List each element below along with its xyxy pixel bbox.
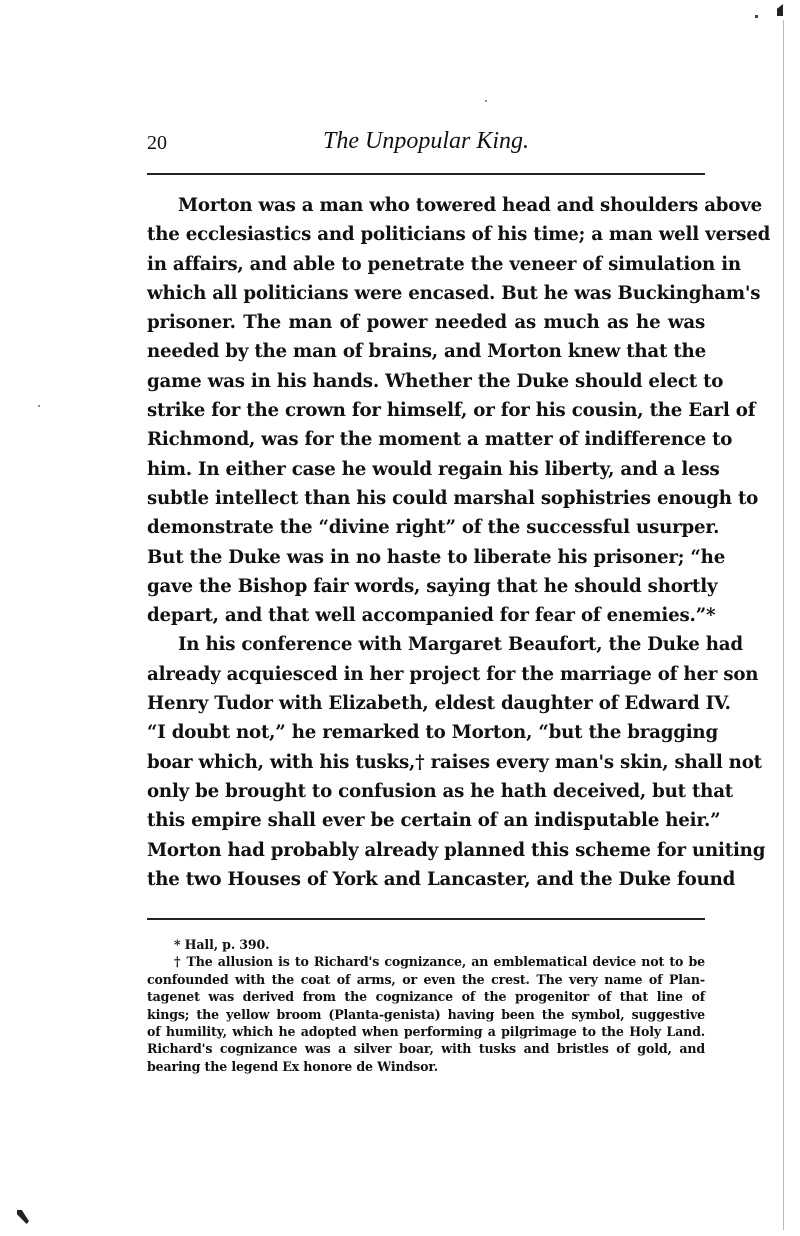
text-line: strike for the crown for himself, or for…: [147, 396, 705, 425]
footnote-line: tagenet was derived from the cognizance …: [147, 988, 705, 1005]
footnote-line: confounded with the coat of arms, or eve…: [147, 971, 705, 988]
footnote-line: Richard's cognizance was a silver boar, …: [147, 1040, 705, 1057]
footnote-line: of humility, which he adopted when perfo…: [147, 1023, 705, 1040]
page-edge-line: [783, 20, 784, 1230]
text-line: But the Duke was in no haste to liberate…: [147, 543, 705, 572]
footnote-line: † The allusion is to Richard's cognizanc…: [147, 953, 705, 970]
text-line: Morton was a man who towered head and sh…: [147, 191, 705, 220]
text-line: him. In either case he would regain his …: [147, 455, 705, 484]
scan-speck: [38, 405, 40, 407]
text-line: this empire shall ever be certain of an …: [147, 806, 705, 835]
footnote-line: bearing the legend Ex honore de Windsor.: [147, 1058, 705, 1075]
text-line: Richmond, was for the moment a matter of…: [147, 425, 705, 454]
page-header: 20 The Unpopular King.: [147, 128, 705, 164]
text-line: In his conference with Margaret Beaufort…: [147, 630, 705, 659]
scan-speck: [485, 100, 487, 102]
scan-artifact-dot: [755, 15, 758, 18]
scan-artifact-mark: [17, 1210, 29, 1224]
text-line: needed by the man of brains, and Morton …: [147, 337, 705, 366]
text-line: which all politicians were encased. But …: [147, 279, 705, 308]
text-line: only be brought to confusion as he hath …: [147, 777, 705, 806]
text-line: in affairs, and able to penetrate the ve…: [147, 250, 705, 279]
text-line: the ecclesiastics and politicians of his…: [147, 220, 705, 249]
text-line: depart, and that well accompanied for fe…: [147, 601, 705, 630]
running-title: The Unpopular King.: [147, 128, 705, 155]
footnote-line: * Hall, p. 390.: [147, 936, 705, 953]
text-line: already acquiesced in her project for th…: [147, 660, 705, 689]
text-line: “I doubt not,” he remarked to Morton, “b…: [147, 718, 705, 747]
text-line: prisoner. The man of power needed as muc…: [147, 308, 705, 337]
text-line: gave the Bishop fair words, saying that …: [147, 572, 705, 601]
text-line: Henry Tudor with Elizabeth, eldest daugh…: [147, 689, 705, 718]
footnote-line: kings; the yellow broom (Planta-genista)…: [147, 1006, 705, 1023]
text-line: boar which, with his tusks,† raises ever…: [147, 748, 705, 777]
scan-artifact-mark: [777, 4, 783, 16]
footnote-rule: [147, 918, 705, 920]
text-line: game was in his hands. Whether the Duke …: [147, 367, 705, 396]
text-line: demonstrate the “divine right” of the su…: [147, 513, 705, 542]
text-line: subtle intellect than his could marshal …: [147, 484, 705, 513]
text-line: Morton had probably already planned this…: [147, 836, 705, 865]
footnotes: * Hall, p. 390. † The allusion is to Ric…: [147, 936, 705, 1075]
header-rule: [147, 173, 705, 175]
text-line: the two Houses of York and Lancaster, an…: [147, 865, 705, 894]
body-text: Morton was a man who towered head and sh…: [147, 191, 705, 894]
